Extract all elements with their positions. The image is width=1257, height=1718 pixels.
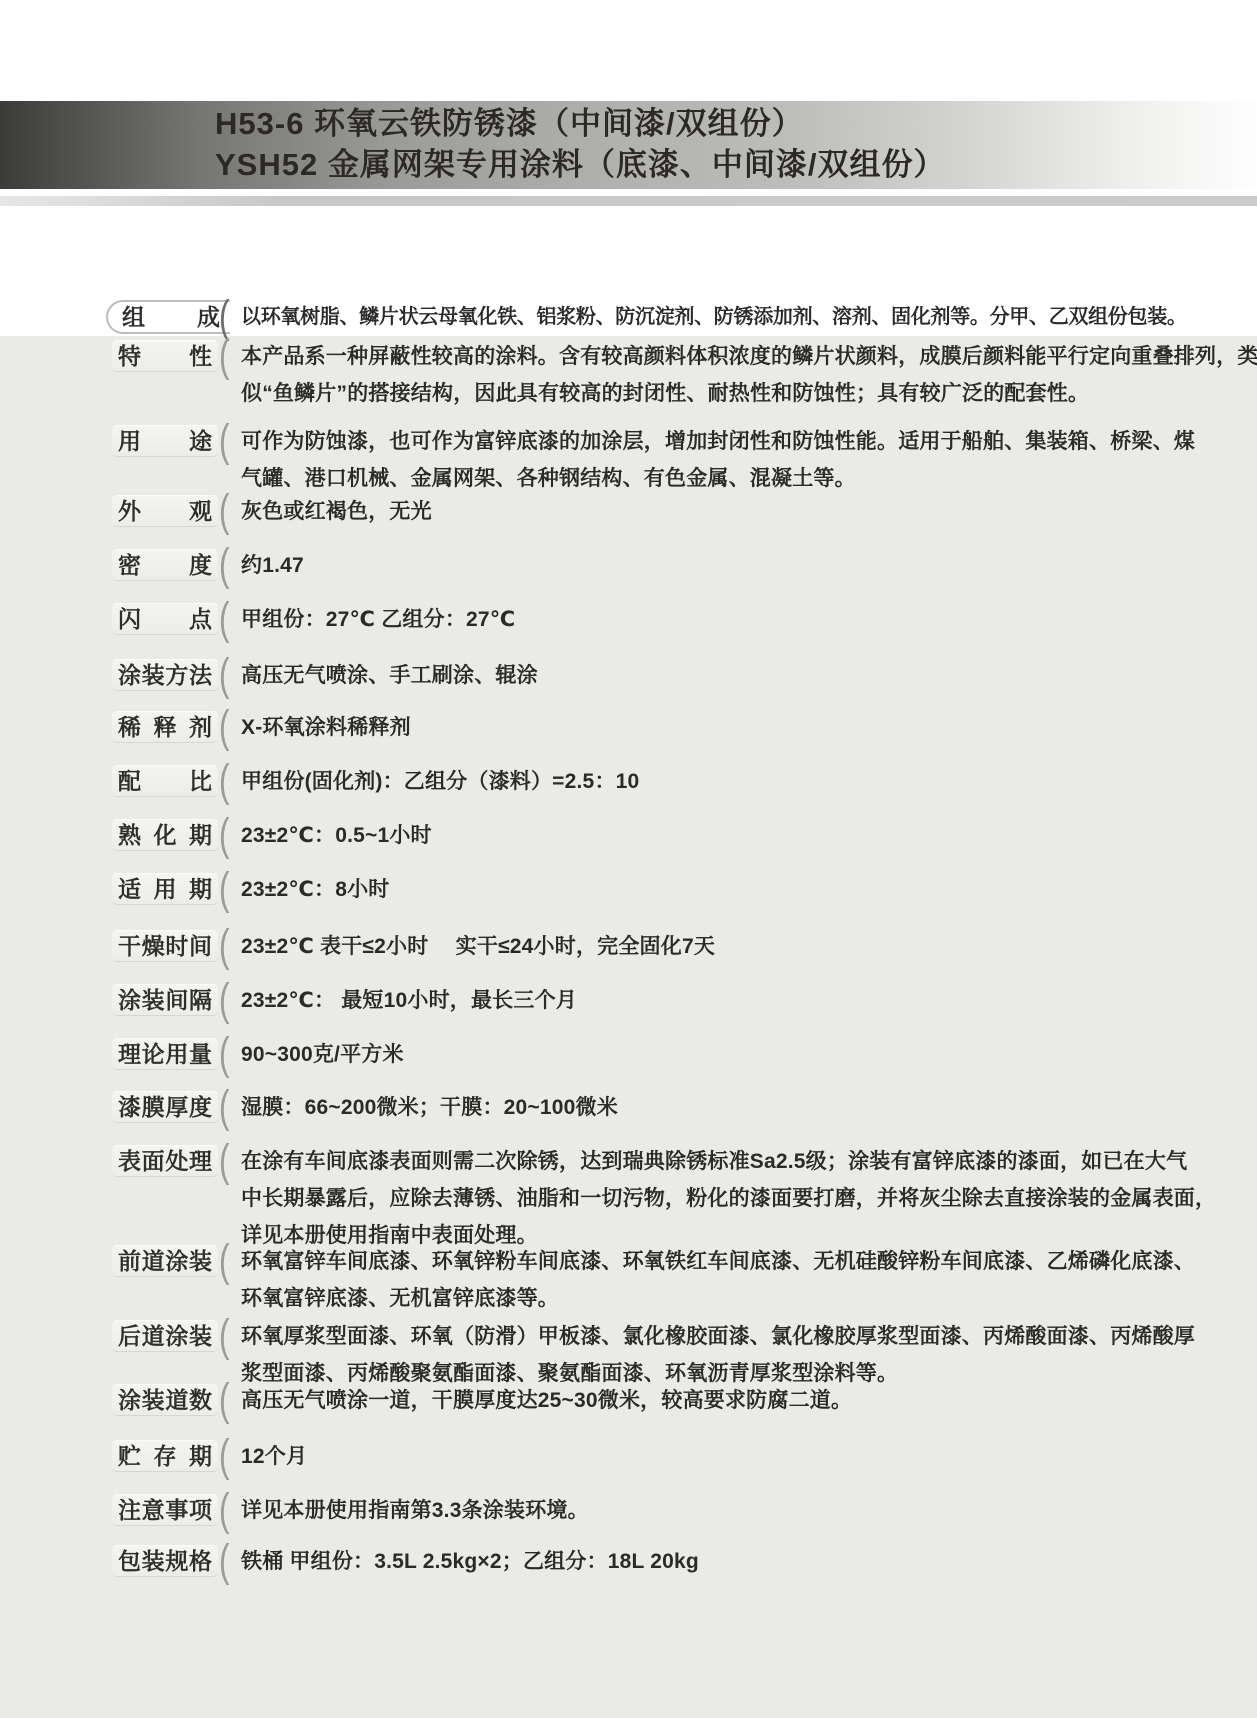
spec-label-char: 特 (118, 345, 141, 368)
spec-label-char: 面 (142, 1150, 165, 1173)
spec-content: X-环氧涂料稀释剂 (241, 709, 1251, 746)
open-paren-icon: ( (219, 333, 237, 379)
spec-label-char: 论 (142, 1043, 165, 1066)
spec-label-char: 用 (154, 878, 177, 901)
open-paren-icon: ( (219, 1313, 237, 1359)
spec-label-char: 理 (118, 1043, 141, 1066)
spec-content: 铁桶 甲组份：3.5L 2.5kg×2；乙组分：18L 20kg (241, 1543, 1251, 1580)
spec-label-char: 观 (189, 500, 212, 523)
spec-label-char: 装 (189, 1325, 212, 1348)
spec-label-char: 期 (189, 1445, 212, 1468)
spec-content: 23±2℃：8小时 (241, 871, 1251, 908)
spec-label-char: 法 (189, 664, 212, 687)
spec-content: 环氧厚浆型面漆、环氧（防滑）甲板漆、氯化橡胶面漆、氯化橡胶厚浆型面漆、丙烯酸面漆… (241, 1318, 1251, 1392)
spec-label-char: 装 (142, 664, 165, 687)
open-paren-icon: ( (219, 542, 237, 588)
spec-content: 详见本册使用指南第3.3条涂装环境。 (241, 1492, 1251, 1529)
spec-label: 闪点 (112, 603, 218, 635)
spec-label-char: 密 (118, 554, 141, 577)
open-paren-icon: ( (219, 1031, 237, 1077)
spec-label-char: 隔 (189, 989, 212, 1012)
spec-label: 漆膜厚度 (112, 1091, 218, 1123)
spec-label-char: 间 (189, 935, 212, 958)
page: { "header": { "title_line1": "H53-6 环氧云铁… (0, 0, 1257, 1718)
header-divider-strip (0, 196, 1257, 206)
spec-label-char: 涂 (165, 1250, 188, 1273)
spec-label-char: 燥 (142, 935, 165, 958)
spec-label-char: 膜 (142, 1096, 165, 1119)
spec-content-line: 湿膜：66~200微米；干膜：20~100微米 (241, 1089, 1251, 1126)
spec-label: 特性 (112, 340, 218, 372)
spec-label-char: 量 (189, 1043, 212, 1066)
spec-label-char: 包 (118, 1550, 141, 1573)
spec-label-char: 稀 (118, 716, 141, 739)
spec-label: 贮存期 (112, 1440, 218, 1472)
spec-label-char: 装 (189, 1250, 212, 1273)
spec-label-char: 装 (142, 989, 165, 1012)
spec-label-char: 途 (189, 430, 212, 453)
spec-content: 12个月 (241, 1438, 1251, 1475)
open-paren-icon: ( (219, 1084, 237, 1130)
spec-content: 23±2℃ 表干≤2小时 实干≤24小时，完全固化7天 (241, 928, 1251, 965)
spec-content-line: 12个月 (241, 1438, 1251, 1475)
spec-label-char: 贮 (118, 1445, 141, 1468)
spec-content-line: X-环氧涂料稀释剂 (241, 709, 1251, 746)
spec-label-char: 比 (189, 770, 212, 793)
spec-content-line: 灰色或红褐色，无光 (241, 493, 1251, 530)
spec-content-line: 23±2℃：0.5~1小时 (241, 817, 1251, 854)
spec-label-char: 道 (165, 1389, 188, 1412)
spec-label-char: 剂 (189, 716, 212, 739)
spec-label-char: 度 (189, 1096, 212, 1119)
spec-label-char: 后 (118, 1325, 141, 1348)
spec-content-line: 甲组份(固化剂)：乙组分（漆料）=2.5：10 (241, 763, 1251, 800)
open-paren-icon: ( (219, 1238, 237, 1284)
spec-label: 稀释剂 (112, 711, 218, 743)
spec-label-char: 干 (118, 935, 141, 958)
spec-content: 甲组份(固化剂)：乙组分（漆料）=2.5：10 (241, 763, 1251, 800)
spec-content-line: 约1.47 (241, 547, 1251, 584)
spec-label-char: 熟 (118, 824, 141, 847)
spec-label-char: 闪 (118, 608, 141, 631)
spec-content: 环氧富锌车间底漆、环氧锌粉车间底漆、环氧铁红车间底漆、无机硅酸锌粉车间底漆、乙烯… (241, 1243, 1251, 1317)
spec-label-char: 方 (165, 664, 188, 687)
spec-label: 外观 (112, 495, 218, 527)
spec-label: 后道涂装 (112, 1320, 218, 1352)
spec-label: 涂装间隔 (112, 984, 218, 1016)
spec-label-char: 用 (118, 430, 141, 453)
spec-content: 湿膜：66~200微米；干膜：20~100微米 (241, 1089, 1251, 1126)
spec-label-char: 度 (189, 554, 212, 577)
spec-label-char: 涂 (118, 664, 141, 687)
spec-content-line: 23±2℃： 最短10小时，最长三个月 (241, 982, 1251, 1019)
spec-label-char: 理 (189, 1150, 212, 1173)
header-band: H53-6 环氧云铁防锈漆（中间漆/双组份） YSH52 金属网架专用涂料（底漆… (0, 101, 1257, 189)
spec-label-char: 事 (165, 1499, 188, 1522)
spec-content: 高压无气喷涂、手工刷涂、辊涂 (241, 657, 1251, 694)
spec-content-line: 23±2℃ 表干≤2小时 实干≤24小时，完全固化7天 (241, 928, 1251, 965)
spec-label-char: 漆 (118, 1096, 141, 1119)
open-paren-icon: ( (219, 1487, 237, 1533)
spec-label-char: 道 (142, 1250, 165, 1273)
open-paren-icon: ( (219, 418, 237, 464)
spec-label: 涂装道数 (112, 1384, 218, 1416)
spec-label-char: 道 (142, 1325, 165, 1348)
spec-content-line: 高压无气喷涂一道，干膜厚度达25~30微米，较高要求防腐二道。 (241, 1382, 1251, 1419)
spec-content: 甲组份：27℃ 乙组分：27℃ (241, 601, 1251, 638)
spec-label-char: 化 (154, 824, 177, 847)
spec-label-char: 间 (165, 989, 188, 1012)
spec-content-line: 本产品系一种屏蔽性较高的涂料。含有较高颜料体积浓度的鳞片状颜料，成膜后颜料能平行… (241, 338, 1251, 375)
spec-content-line: 甲组份：27℃ 乙组分：27℃ (241, 601, 1251, 638)
spec-content-line: 23±2℃：8小时 (241, 871, 1251, 908)
spec-content: 可作为防蚀漆，也可作为富锌底漆的加涂层，增加封闭性和防蚀性能。适用于船舶、集装箱… (241, 423, 1251, 497)
spec-label-char: 注 (118, 1499, 141, 1522)
spec-label-char: 涂 (165, 1325, 188, 1348)
open-paren-icon: ( (219, 1538, 237, 1584)
spec-content: 23±2℃：0.5~1小时 (241, 817, 1251, 854)
spec-label-char: 数 (189, 1389, 212, 1412)
spec-label: 干燥时间 (112, 930, 218, 962)
spec-content-line: 以环氧树脂、鳞片状云母氧化铁、铝浆粉、防沉淀剂、防锈添加剂、溶剂、固化剂等。分甲… (241, 299, 1251, 336)
spec-label: 用途 (112, 425, 218, 457)
spec-label: 配比 (112, 765, 218, 797)
spec-label-char: 涂 (118, 989, 141, 1012)
spec-label-char: 涂 (118, 1389, 141, 1412)
spec-content-line: 似“鱼鳞片”的搭接结构，因此具有较高的封闭性、耐热性和防蚀性；具有较广泛的配套性… (241, 375, 1251, 412)
spec-content-line: 气罐、港口机械、金属网架、各种钢结构、有色金属、混凝土等。 (241, 460, 1251, 497)
spec-content-line: 在涂有车间底漆表面则需二次除锈，达到瑞典除锈标准Sa2.5级；涂装有富锌底漆的漆… (241, 1143, 1251, 1180)
spec-label-char: 存 (154, 1445, 177, 1468)
spec-label: 前道涂装 (112, 1245, 218, 1277)
spec-label: 熟化期 (112, 819, 218, 851)
open-paren-icon: ( (219, 866, 237, 912)
spec-label: 注意事项 (112, 1494, 218, 1526)
spec-content-line: 环氧厚浆型面漆、环氧（防滑）甲板漆、氯化橡胶面漆、氯化橡胶厚浆型面漆、丙烯酸面漆… (241, 1318, 1251, 1355)
spec-content: 高压无气喷涂一道，干膜厚度达25~30微米，较高要求防腐二道。 (241, 1382, 1251, 1419)
spec-label-char: 格 (189, 1550, 212, 1573)
spec-label-char: 厚 (165, 1096, 188, 1119)
spec-content: 以环氧树脂、鳞片状云母氧化铁、铝浆粉、防沉淀剂、防锈添加剂、溶剂、固化剂等。分甲… (241, 299, 1251, 336)
spec-content: 本产品系一种屏蔽性较高的涂料。含有较高颜料体积浓度的鳞片状颜料，成膜后颜料能平行… (241, 338, 1251, 412)
open-paren-icon: ( (219, 977, 237, 1023)
open-paren-icon: ( (219, 1377, 237, 1423)
spec-label: 表面处理 (112, 1145, 218, 1177)
spec-content-line: 90~300克/平方米 (241, 1036, 1251, 1073)
product-title-line-1: H53-6 环氧云铁防锈漆（中间漆/双组份） (215, 104, 804, 144)
spec-content: 23±2℃： 最短10小时，最长三个月 (241, 982, 1251, 1019)
spec-content-line: 详见本册使用指南第3.3条涂装环境。 (241, 1492, 1251, 1529)
open-paren-icon: ( (219, 1433, 237, 1479)
spec-label-char: 外 (118, 500, 141, 523)
product-title-line-2: YSH52 金属网架专用涂料（底漆、中间漆/双组份） (215, 145, 945, 185)
spec-label-char: 期 (189, 824, 212, 847)
spec-content-line: 铁桶 甲组份：3.5L 2.5kg×2；乙组分：18L 20kg (241, 1543, 1251, 1580)
open-paren-icon: ( (219, 596, 237, 642)
spec-label-char: 适 (118, 878, 141, 901)
spec-label-char: 性 (189, 345, 212, 368)
spec-content-line: 环氧富锌底漆、无机富锌底漆等。 (241, 1280, 1251, 1317)
spec-content-line: 中长期暴露后，应除去薄锈、油脂和一切污物，粉化的漆面要打磨，并将灰尘除去直接涂装… (241, 1180, 1251, 1217)
open-paren-icon: ( (219, 652, 237, 698)
spec-label-char: 表 (118, 1150, 141, 1173)
spec-label-char: 配 (118, 770, 141, 793)
spec-content-line: 可作为防蚀漆，也可作为富锌底漆的加涂层，增加封闭性和防蚀性能。适用于船舶、集装箱… (241, 423, 1251, 460)
spec-content-line: 高压无气喷涂、手工刷涂、辊涂 (241, 657, 1251, 694)
spec-label: 涂装方法 (112, 659, 218, 691)
spec-label: 适用期 (112, 873, 218, 905)
spec-content-line: 环氧富锌车间底漆、环氧锌粉车间底漆、环氧铁红车间底漆、无机硅酸锌粉车间底漆、乙烯… (241, 1243, 1251, 1280)
spec-content: 约1.47 (241, 547, 1251, 584)
open-paren-icon: ( (219, 923, 237, 969)
spec-label-char: 项 (189, 1499, 212, 1522)
spec-label-char: 成 (197, 306, 220, 329)
spec-label-char: 组 (122, 306, 145, 329)
spec-label: 理论用量 (112, 1038, 218, 1070)
spec-label: 密度 (112, 549, 218, 581)
spec-label: 组成 (106, 300, 230, 334)
spec-label-char: 释 (154, 716, 177, 739)
spec-content: 90~300克/平方米 (241, 1036, 1251, 1073)
spec-label-char: 处 (165, 1150, 188, 1173)
spec-label: 包装规格 (112, 1545, 218, 1577)
open-paren-icon: ( (219, 1138, 237, 1184)
spec-label-char: 装 (142, 1389, 165, 1412)
spec-label-char: 用 (165, 1043, 188, 1066)
spec-label-char: 点 (189, 608, 212, 631)
open-paren-icon: ( (219, 704, 237, 750)
open-paren-icon: ( (219, 488, 237, 534)
spec-label-char: 规 (165, 1550, 188, 1573)
spec-label-char: 装 (142, 1550, 165, 1573)
spec-label-char: 前 (118, 1250, 141, 1273)
spec-content: 在涂有车间底漆表面则需二次除锈，达到瑞典除锈标准Sa2.5级；涂装有富锌底漆的漆… (241, 1143, 1251, 1254)
spec-label-char: 期 (189, 878, 212, 901)
spec-label-char: 时 (165, 935, 188, 958)
open-paren-icon: ( (219, 812, 237, 858)
spec-content: 灰色或红褐色，无光 (241, 493, 1251, 530)
spec-label-char: 意 (142, 1499, 165, 1522)
open-paren-icon: ( (219, 758, 237, 804)
